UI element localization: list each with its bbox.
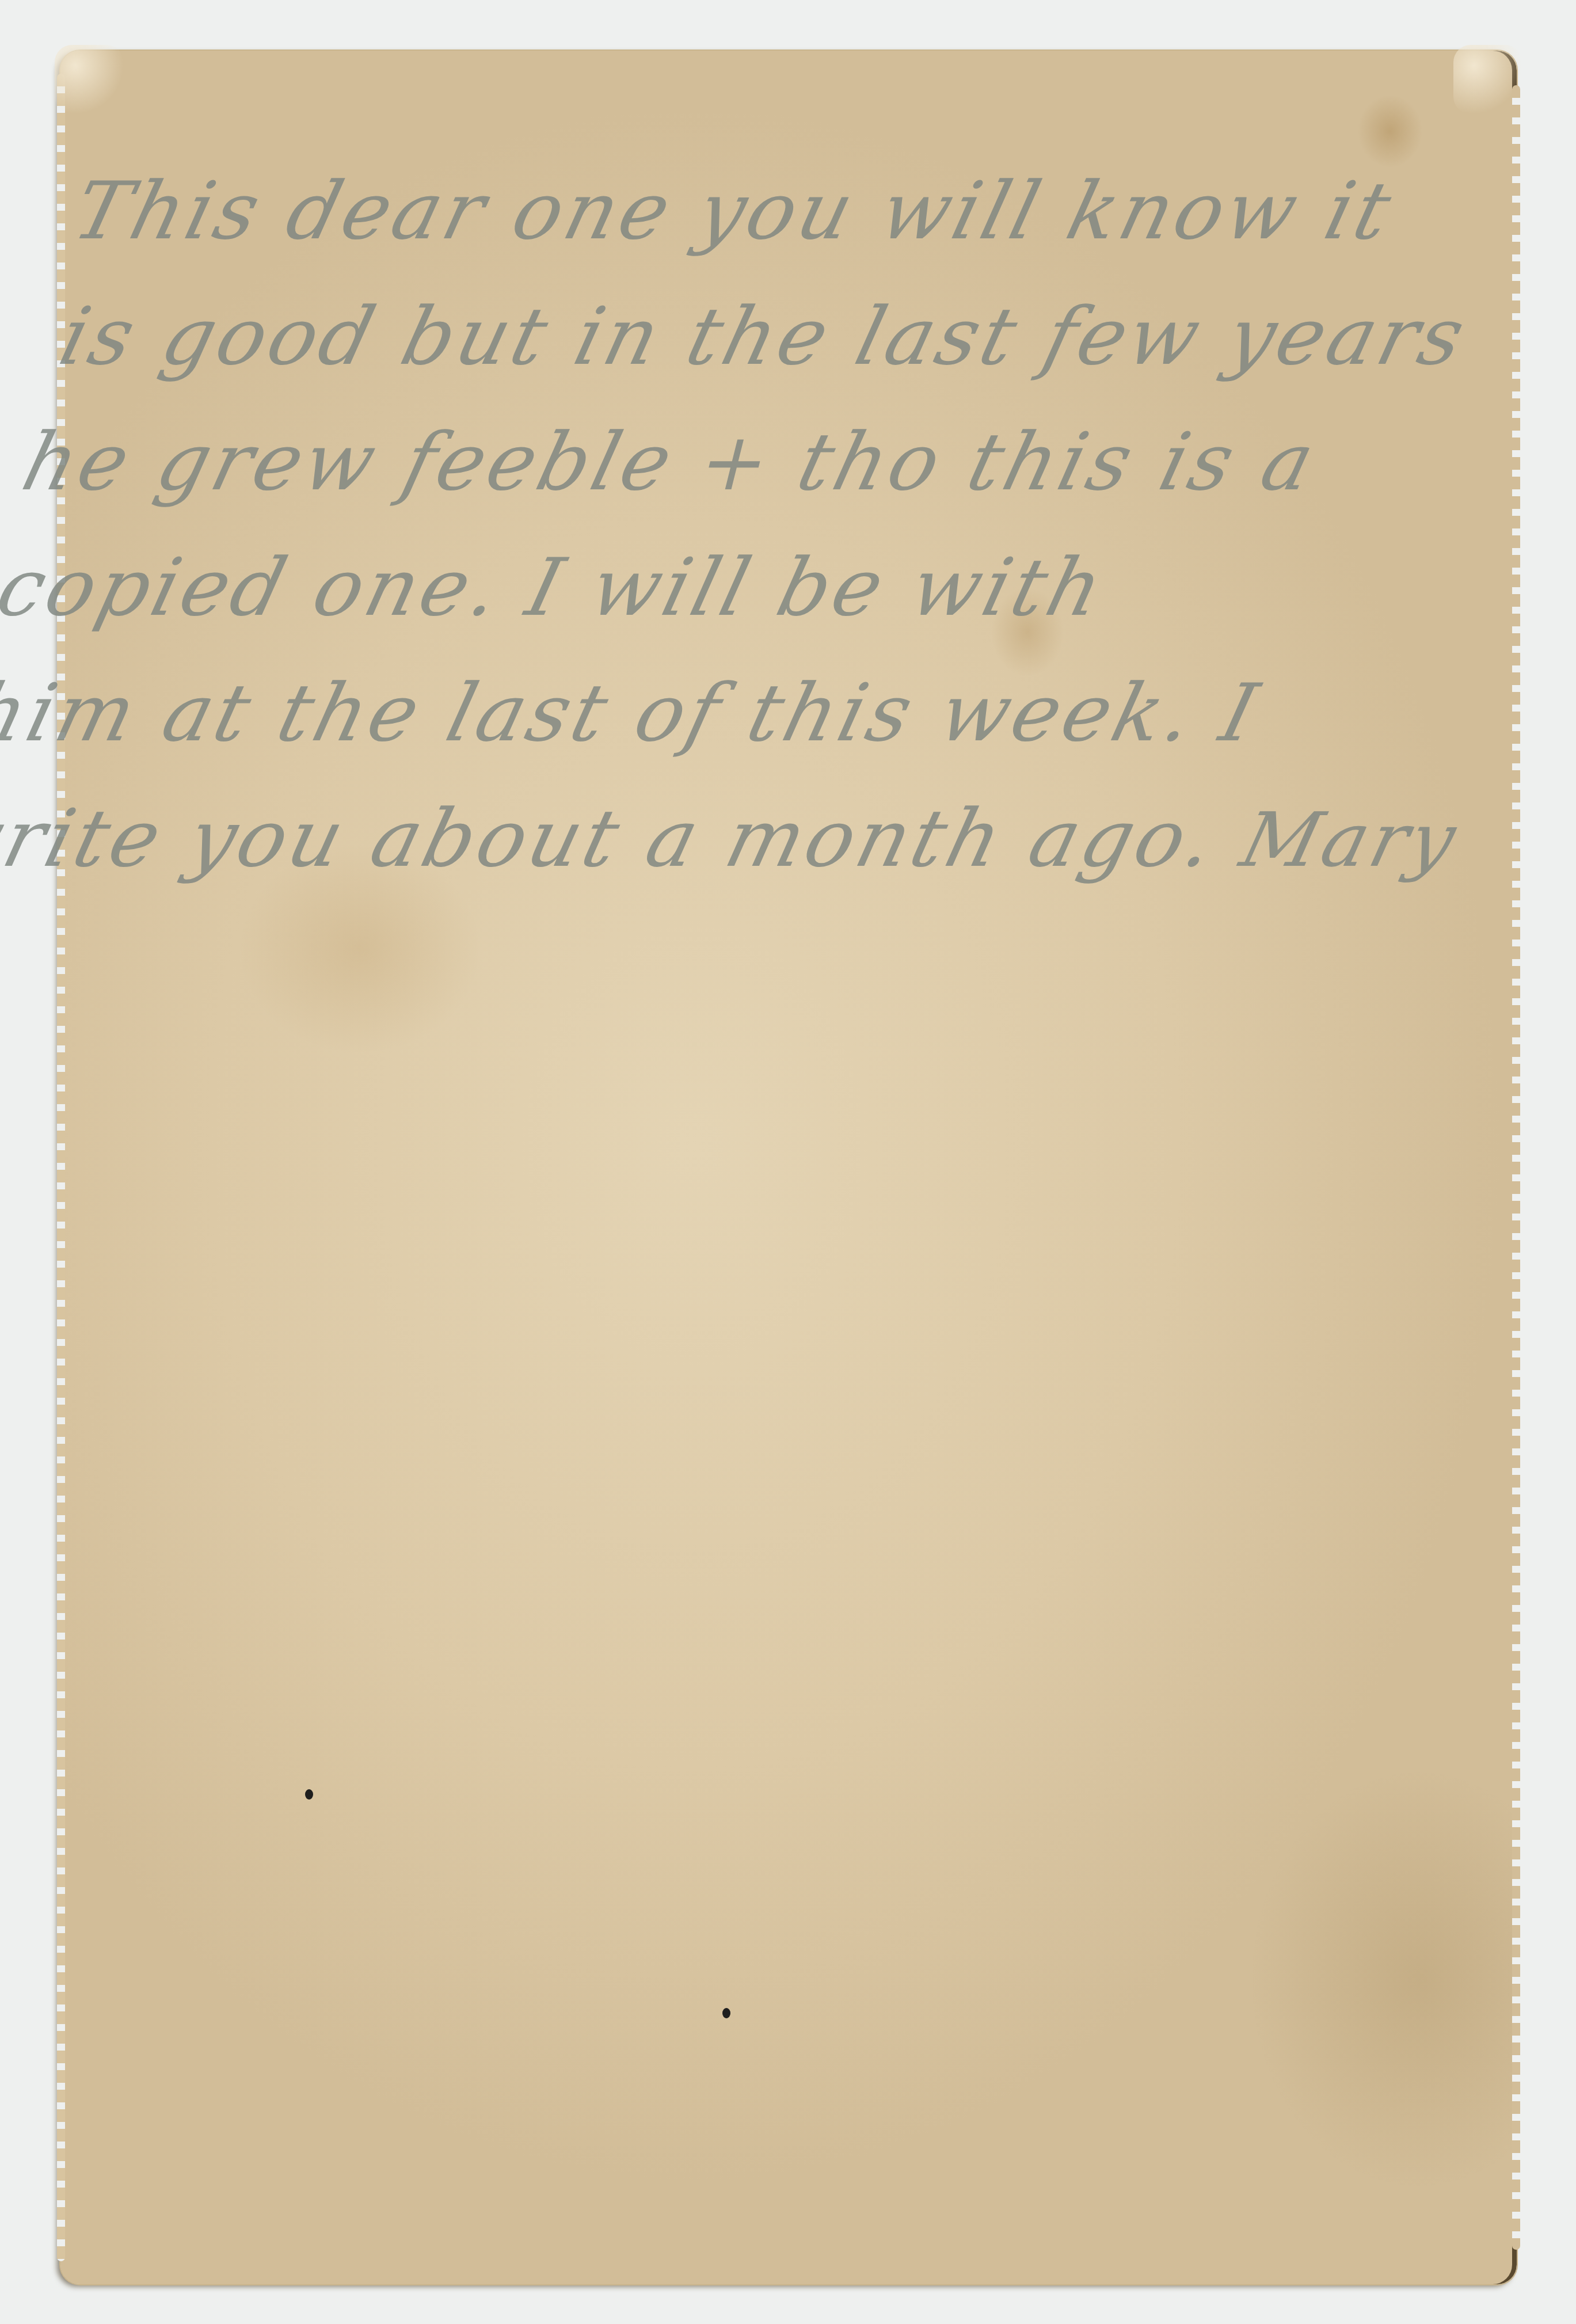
handwritten-note: This dear one you will know it is good b… xyxy=(0,149,1520,903)
note-line-5: him at the last of this week. I xyxy=(0,651,1395,776)
note-line-1: This dear one you will know it xyxy=(61,149,1520,274)
photo-card-back: This dear one you will know it is good b… xyxy=(60,51,1517,2284)
corner-wear-top-right xyxy=(1453,45,1522,114)
ink-speck xyxy=(722,2008,730,2018)
note-line-6: write you about a month ago. Mary xyxy=(0,776,1363,903)
signature: Mary xyxy=(1233,796,1468,884)
note-line-4: copied one. I will be with xyxy=(0,525,1426,651)
ink-speck xyxy=(305,1789,313,1800)
note-line-3: he grew feeble + tho this is a xyxy=(10,400,1457,525)
note-line-6-text: write you about a month ago. xyxy=(0,792,1227,885)
note-line-2: is good but in the last few years xyxy=(47,274,1488,400)
scan-background: This dear one you will know it is good b… xyxy=(0,0,1576,2324)
corner-wear-top-left xyxy=(55,45,124,114)
